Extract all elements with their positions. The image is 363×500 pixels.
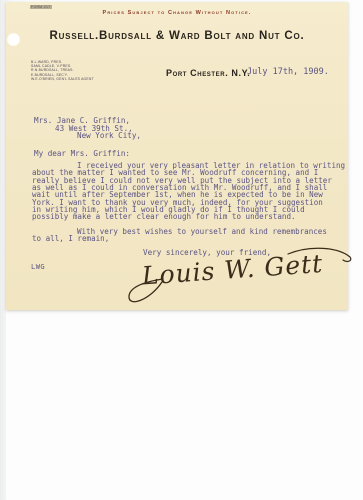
body-paragraph-1: I received your very pleasant letter in … bbox=[32, 162, 350, 221]
salutation: My dear Mrs. Griffin: bbox=[34, 149, 130, 158]
signature-name: Louis W. Gett bbox=[140, 249, 324, 291]
body-paragraph-2: With very best wishes to yourself and ki… bbox=[32, 228, 350, 243]
backing-sheet bbox=[6, 300, 355, 500]
scanned-letter-page: FORM 217 Prices Subject to Change Withou… bbox=[0, 0, 363, 500]
signature: Louis W. Gett bbox=[116, 242, 358, 310]
recipient-address: Mrs. Jane C. Griffin, 43 West 39th St., … bbox=[34, 117, 141, 140]
form-number: FORM 217 bbox=[30, 5, 52, 9]
price-notice: Prices Subject to Change Without Notice. bbox=[6, 10, 348, 16]
typed-date: July 17th, 1909. bbox=[247, 67, 329, 77]
place-name: Port Chester. N.Y. bbox=[166, 68, 250, 78]
address-line-3: New York City, bbox=[34, 132, 141, 140]
body-line: possibly make a letter clear enough for … bbox=[32, 213, 350, 220]
company-name: Russell.Burdsall & Ward Bolt and Nut Co. bbox=[6, 30, 348, 42]
letter-paper: FORM 217 Prices Subject to Change Withou… bbox=[6, 2, 348, 310]
typist-initials: LWG bbox=[31, 263, 45, 271]
place-dateline: Port Chester. N.Y. July 17th, 1909. bbox=[6, 67, 348, 81]
